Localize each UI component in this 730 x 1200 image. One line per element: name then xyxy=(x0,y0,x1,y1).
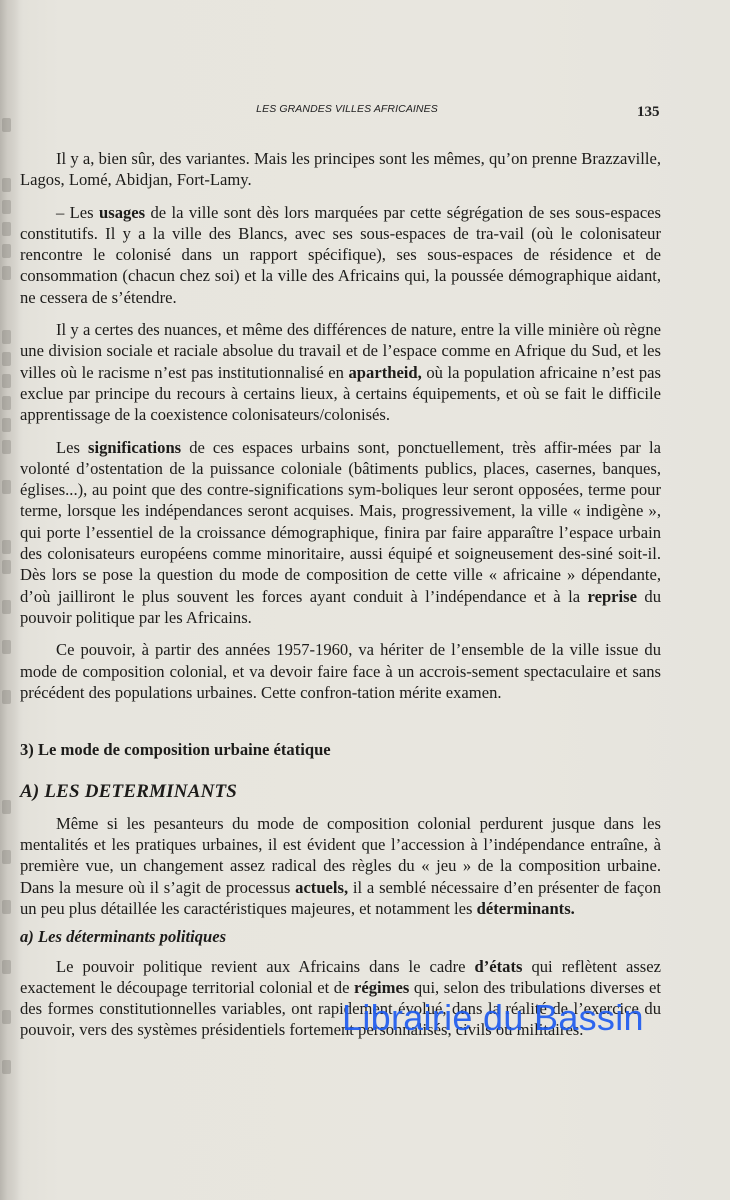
facing-page-text-fragment xyxy=(2,960,11,974)
facing-page-text-fragment xyxy=(2,800,11,814)
bold-term-usages: usages xyxy=(99,203,145,222)
bold-term-actuels: actuels, xyxy=(295,878,348,897)
text-run: de ces espaces urbains sont, ponctuellem… xyxy=(20,438,661,606)
subsection-heading: A) LES DETERMINANTS xyxy=(20,781,661,802)
facing-page-text-fragment xyxy=(2,352,11,366)
section-heading: 3) Le mode de composition urbaine étatiq… xyxy=(20,739,661,760)
facing-page-text-fragment xyxy=(2,540,11,554)
paragraph-variantes: Il y a, bien sûr, des variantes. Mais le… xyxy=(20,148,661,191)
facing-page-text-fragment xyxy=(2,178,11,192)
facing-page-text-fragment xyxy=(2,1010,11,1024)
facing-page-text-fragment xyxy=(2,118,11,132)
bold-term-apartheid: apartheid, xyxy=(349,363,422,382)
text-run: Le pouvoir politique revient aux Africai… xyxy=(56,957,475,976)
facing-page-text-fragment xyxy=(2,374,11,388)
paragraph-significations: Les significations de ces espaces urbain… xyxy=(20,437,661,629)
bold-term-regimes: régimes xyxy=(354,978,409,997)
facing-page-text-fragment xyxy=(2,1060,11,1074)
seller-watermark: Librairie du Bassin xyxy=(342,997,644,1039)
bold-term-significations: significations xyxy=(88,438,181,457)
facing-page-text-fragment xyxy=(2,440,11,454)
bold-term-reprise: reprise xyxy=(588,587,637,606)
page-gutter-shadow xyxy=(0,0,20,1200)
subsubsection-heading: a) Les déterminants politiques xyxy=(20,926,661,947)
facing-page-text-fragment xyxy=(2,244,11,258)
running-head: LES GRANDES VILLES AFRICAINES xyxy=(0,103,730,115)
text-run: – Les xyxy=(56,203,99,222)
facing-page-text-fragment xyxy=(2,640,11,654)
facing-page-text-fragment xyxy=(2,266,11,280)
running-head-title: LES GRANDES VILLES AFRICAINES xyxy=(256,103,438,115)
page-number: 135 xyxy=(637,104,660,121)
facing-page-text-fragment xyxy=(2,690,11,704)
paragraph-ce-pouvoir: Ce pouvoir, à partir des années 1957-196… xyxy=(20,639,661,703)
facing-page-text-fragment xyxy=(2,396,11,410)
text-run: Les xyxy=(56,438,88,457)
bold-term-etats: d’états xyxy=(475,957,523,976)
paragraph-pesanteurs: Même si les pesanteurs du mode de compos… xyxy=(20,813,661,919)
paragraph-nuances: Il y a certes des nuances, et même des d… xyxy=(20,319,661,425)
facing-page-text-fragment xyxy=(2,600,11,614)
paragraph-usages: – Les usages de la ville sont dès lors m… xyxy=(20,202,661,308)
bold-term-determinants: déterminants. xyxy=(477,899,575,918)
facing-page-text-fragment xyxy=(2,418,11,432)
book-page: LES GRANDES VILLES AFRICAINES 135 Il y a… xyxy=(0,0,730,1200)
facing-page-text-fragment xyxy=(2,330,11,344)
facing-page-text-fragment xyxy=(2,222,11,236)
facing-page-text-fragment xyxy=(2,850,11,864)
facing-page-text-fragment xyxy=(2,480,11,494)
facing-page-text-fragment xyxy=(2,560,11,574)
facing-page-text-fragment xyxy=(2,900,11,914)
facing-page-text-fragment xyxy=(2,200,11,214)
page-body: Il y a, bien sûr, des variantes. Mais le… xyxy=(20,148,661,1041)
